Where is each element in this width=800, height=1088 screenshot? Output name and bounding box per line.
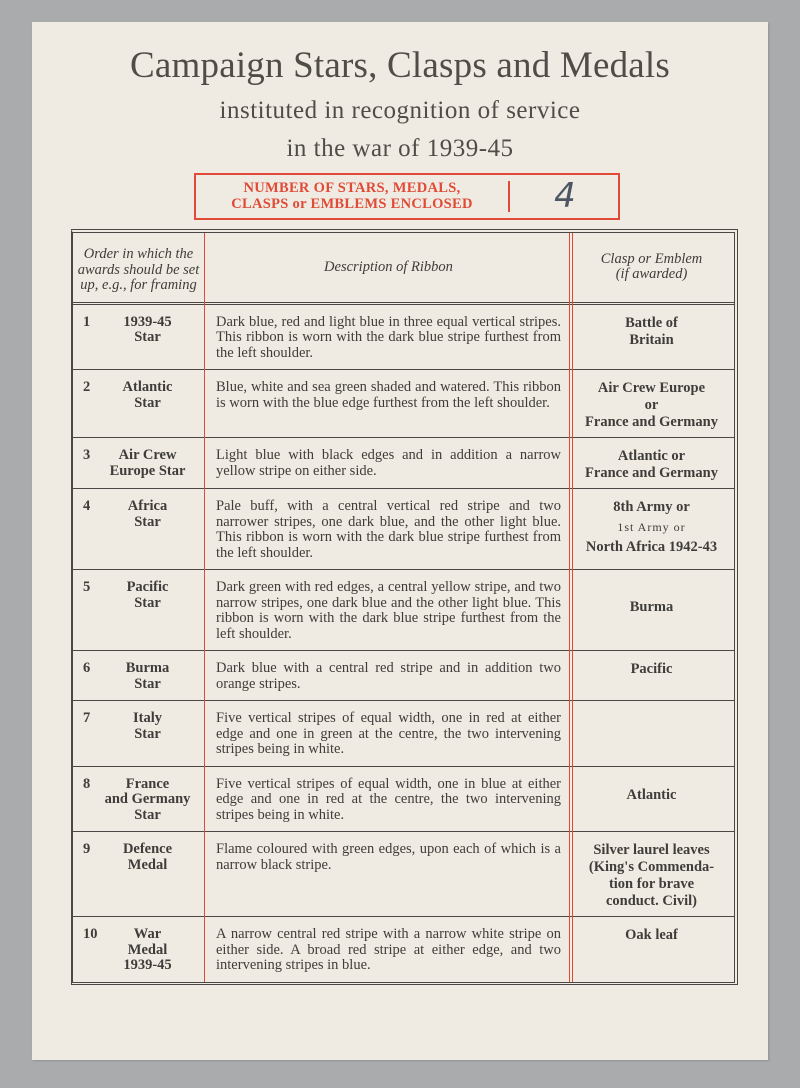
award-name-cell: 3Air CrewEurope Star: [73, 438, 204, 488]
award-number: 9: [77, 842, 101, 916]
award-name-line: Atlantic: [101, 380, 194, 396]
red-column-rule-left: [204, 233, 205, 982]
table-row: 4AfricaStarPale buff, with a central ver…: [73, 489, 734, 570]
award-name-cell: 10WarMedal1939-45: [73, 917, 204, 982]
award-number: 8: [77, 777, 101, 832]
award-name-cell: 11939-45Star: [73, 305, 204, 370]
award-name-line: and Germany: [101, 792, 194, 808]
awards-table: Order in which the awards should be set …: [71, 229, 738, 985]
ribbon-description: Flame coloured with green edges, upon ea…: [204, 832, 569, 916]
award-name: 1939-45Star: [101, 315, 200, 370]
clasp-line: 1st Army or: [573, 519, 730, 536]
clasp-cell: Battle ofBritain: [569, 305, 734, 370]
award-name-line: 1939-45: [101, 315, 194, 331]
award-name-cell: 2AtlanticStar: [73, 370, 204, 437]
award-name: DefenceMedal: [101, 842, 200, 916]
table-row: 2AtlanticStarBlue, white and sea green s…: [73, 370, 734, 438]
ribbon-description: Dark blue, red and light blue in three e…: [204, 305, 569, 370]
clasp-cell: Silver laurel leaves(King's Commenda-tio…: [569, 832, 734, 916]
award-name-line: Africa: [101, 499, 194, 515]
award-name: AfricaStar: [101, 499, 200, 569]
award-name-line: Star: [101, 596, 194, 612]
clasp-line: Britain: [573, 332, 730, 349]
clasp-cell: Atlantic: [569, 767, 734, 832]
award-name-line: Star: [101, 330, 194, 346]
clasp-line: Pacific: [573, 661, 730, 678]
award-name-line: France: [101, 777, 194, 793]
clasp-line: 8th Army or: [573, 499, 730, 516]
award-number: 7: [77, 711, 101, 766]
award-name: AtlanticStar: [101, 380, 200, 437]
clasp-line: Oak leaf: [573, 927, 730, 944]
clasp-line: conduct. Civil): [573, 893, 730, 910]
award-name-line: Defence: [101, 842, 194, 858]
header-clasp-line1: Clasp or Emblem: [601, 252, 703, 268]
award-name: Air CrewEurope Star: [101, 448, 200, 488]
header-clasp-line2: (if awarded): [616, 267, 688, 283]
table-row: 7ItalyStarFive vertical stripes of equal…: [73, 701, 734, 767]
header-clasp: Clasp or Emblem (if awarded): [569, 233, 734, 302]
count-divider: [508, 181, 510, 212]
award-name-cell: 7ItalyStar: [73, 701, 204, 766]
clasp-cell: Oak leaf: [569, 917, 734, 982]
clasp-line: tion for brave: [573, 876, 730, 893]
enclosed-count-label: NUMBER OF STARS, MEDALS, CLASPS or EMBLE…: [196, 180, 508, 212]
ribbon-description: Dark green with red edges, a central yel…: [204, 570, 569, 650]
award-number: 2: [77, 380, 101, 437]
ribbon-description: Five vertical stripes of equal width, on…: [204, 767, 569, 832]
award-name-line: Pacific: [101, 580, 194, 596]
award-name-line: War: [101, 927, 194, 943]
clasp-cell: 8th Army or1st Army orNorth Africa 1942-…: [569, 489, 734, 569]
enclosed-count-label-line1: NUMBER OF STARS, MEDALS,: [196, 180, 508, 196]
award-name-line: Medal: [101, 943, 194, 959]
award-name-line: Italy: [101, 711, 194, 727]
clasp-line: Atlantic or: [573, 448, 730, 465]
handwritten-count: 4: [512, 175, 618, 218]
clasp-line: France and Germany: [573, 465, 730, 482]
clasp-line: Burma: [573, 599, 730, 616]
header-description: Description of Ribbon: [204, 233, 569, 302]
award-name-line: Medal: [101, 858, 194, 874]
header-order: Order in which the awards should be set …: [73, 233, 204, 302]
clasp-line: Atlantic: [573, 787, 730, 804]
document-subtitle-line1: instituted in recognition of service: [32, 97, 768, 125]
clasp-cell: [569, 701, 734, 766]
table-row: 10WarMedal1939-45A narrow central red st…: [73, 917, 734, 982]
ribbon-description: A narrow central red stripe with a narro…: [204, 917, 569, 982]
clasp-line: (King's Commenda-: [573, 859, 730, 876]
table-header-row: Order in which the awards should be set …: [73, 233, 734, 305]
table-row: 8Franceand GermanyStarFive vertical stri…: [73, 767, 734, 833]
clasp-cell: Pacific: [569, 651, 734, 700]
clasp-cell: Burma: [569, 570, 734, 650]
award-name-line: Star: [101, 808, 194, 824]
document-page: Campaign Stars, Clasps and Medals instit…: [32, 22, 768, 1060]
award-name-line: Star: [101, 396, 194, 412]
award-number: 3: [77, 448, 101, 488]
award-name-cell: 6BurmaStar: [73, 651, 204, 700]
table-row: 6BurmaStarDark blue with a central red s…: [73, 651, 734, 701]
award-number: 5: [77, 580, 101, 650]
clasp-cell: Atlantic orFrance and Germany: [569, 438, 734, 488]
award-name-line: Star: [101, 727, 194, 743]
award-number: 1: [77, 315, 101, 370]
award-number: 4: [77, 499, 101, 569]
table-row: 5PacificStarDark green with red edges, a…: [73, 570, 734, 651]
table-body: 11939-45StarDark blue, red and light blu…: [73, 305, 734, 982]
clasp-line: North Africa 1942-43: [573, 539, 730, 556]
ribbon-description: Pale buff, with a central vertical red s…: [204, 489, 569, 569]
award-name-line: Air Crew: [101, 448, 194, 464]
award-name: WarMedal1939-45: [101, 927, 200, 982]
table-row: 11939-45StarDark blue, red and light blu…: [73, 305, 734, 371]
document-title: Campaign Stars, Clasps and Medals: [32, 44, 768, 87]
award-number: 6: [77, 661, 101, 700]
clasp-line: France and Germany: [573, 414, 730, 431]
award-name-cell: 8Franceand GermanyStar: [73, 767, 204, 832]
ribbon-description: Blue, white and sea green shaded and wat…: [204, 370, 569, 437]
award-name-line: Burma: [101, 661, 194, 677]
award-name: BurmaStar: [101, 661, 200, 700]
award-name-cell: 4AfricaStar: [73, 489, 204, 569]
clasp-line: or: [573, 397, 730, 414]
award-name-line: Europe Star: [101, 464, 194, 480]
ribbon-description: Five vertical stripes of equal width, on…: [204, 701, 569, 766]
clasp-line: Air Crew Europe: [573, 380, 730, 397]
table-row: 3Air CrewEurope StarLight blue with blac…: [73, 438, 734, 489]
document-subtitle-line2: in the war of 1939-45: [32, 135, 768, 163]
award-name: Franceand GermanyStar: [101, 777, 200, 832]
table-row: 9DefenceMedalFlame coloured with green e…: [73, 832, 734, 917]
red-column-rule-right: [569, 233, 573, 982]
award-name-line: Star: [101, 677, 194, 693]
award-number: 10: [77, 927, 101, 982]
award-name-line: Star: [101, 515, 194, 531]
enclosed-count-box: NUMBER OF STARS, MEDALS, CLASPS or EMBLE…: [194, 173, 620, 220]
clasp-line: Silver laurel leaves: [573, 842, 730, 859]
clasp-cell: Air Crew EuropeorFrance and Germany: [569, 370, 734, 437]
award-name-cell: 9DefenceMedal: [73, 832, 204, 916]
enclosed-count-label-line2: CLASPS or EMBLEMS ENCLOSED: [196, 196, 508, 212]
ribbon-description: Dark blue with a central red stripe and …: [204, 651, 569, 700]
award-name-cell: 5PacificStar: [73, 570, 204, 650]
award-name: ItalyStar: [101, 711, 200, 766]
ribbon-description: Light blue with black edges and in addit…: [204, 438, 569, 488]
award-name-line: 1939-45: [101, 958, 194, 974]
clasp-line: Battle of: [573, 315, 730, 332]
award-name: PacificStar: [101, 580, 200, 650]
